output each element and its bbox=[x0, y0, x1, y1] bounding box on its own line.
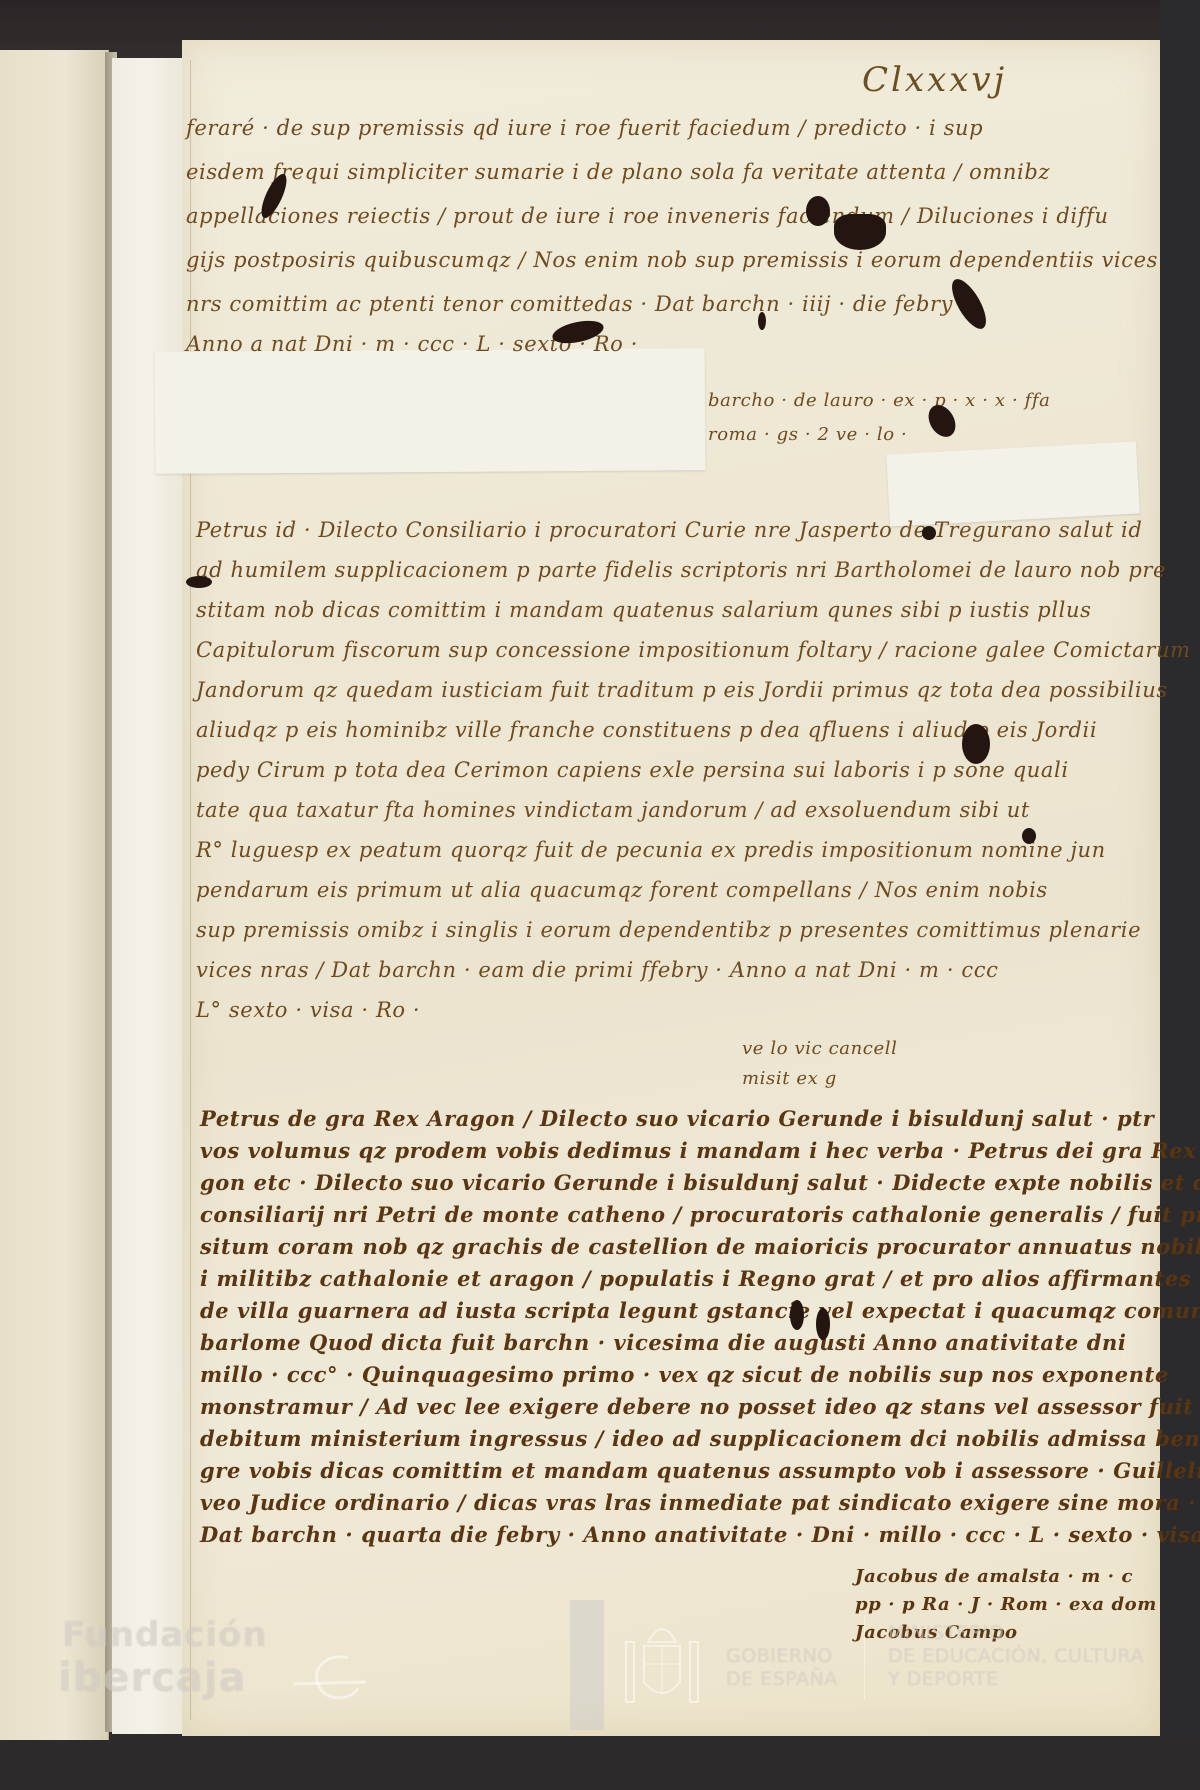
watermark-ministerio-educacion: DE EDUCACIÓN, CULTURA bbox=[888, 1645, 1144, 1667]
watermark-ibercaja: ibercaja bbox=[58, 1655, 247, 1701]
text-line: ad humilem supplicacionem p parte fideli… bbox=[196, 560, 1166, 581]
text-line: nrs comittim ac ptenti tenor comittedas … bbox=[186, 294, 953, 315]
previous-leaf-edge bbox=[0, 50, 109, 1740]
scan-backing-bottom bbox=[0, 1735, 1200, 1790]
text-line: pendarum eis primum ut alia quacumqz for… bbox=[196, 880, 1048, 901]
text-line: gon etc · Dilecto suo vicario Gerunde i … bbox=[200, 1172, 1200, 1193]
ink-blot bbox=[1022, 828, 1036, 844]
chancery-note: misit ex g bbox=[742, 1070, 837, 1088]
text-line: Capitulorum fiscorum sup concessione imp… bbox=[196, 640, 1191, 661]
text-line: vos volumus qz prodem vobis dedimus i ma… bbox=[200, 1140, 1200, 1161]
ink-blot bbox=[186, 576, 212, 588]
watermark-ministerio: MINISTERIO bbox=[888, 1622, 1004, 1644]
paper-repair-patch bbox=[886, 442, 1139, 527]
ink-blot bbox=[816, 1308, 830, 1340]
watermark-fundacion: Fundación bbox=[62, 1615, 268, 1655]
folio-number: Clxxxvj bbox=[862, 60, 1007, 100]
text-line: veo Judice ordinario / dicas vras lras i… bbox=[200, 1492, 1196, 1513]
text-line: tate qua taxatur fta homines vindictam j… bbox=[196, 800, 1030, 821]
text-line: Jandorum qz quedam iusticiam fuit tradit… bbox=[196, 680, 1168, 701]
text-line: millo · ccc° · Quinquagesimo primo · vex… bbox=[200, 1364, 1169, 1385]
paper-repair-patch bbox=[155, 348, 706, 474]
spain-flag-bar-icon bbox=[570, 1600, 604, 1730]
text-line: situm coram nob qz grachis de castellion… bbox=[200, 1236, 1200, 1257]
watermark-gobierno: GOBIERNO bbox=[726, 1645, 833, 1667]
ibercaja-logo-icon bbox=[290, 1650, 370, 1710]
ink-blot bbox=[806, 196, 830, 226]
signature-line: Jacobus de amalsta · m · c bbox=[855, 1568, 1133, 1586]
text-line: pedy Cirum p tota dea Cerimon capiens ex… bbox=[196, 760, 1069, 781]
spain-coat-of-arms-icon bbox=[622, 1612, 702, 1707]
ink-blot bbox=[758, 312, 766, 330]
text-line: eisdem frequi simpliciter sumarie i de p… bbox=[186, 162, 1050, 183]
text-line: Petrus de gra Rex Aragon / Dilecto suo v… bbox=[200, 1108, 1154, 1129]
text-line: R° luguesp ex peatum quorqz fuit de pecu… bbox=[196, 840, 1106, 861]
text-line: sup premissis omibz i singlis i eorum de… bbox=[196, 920, 1141, 941]
text-line: Dat barchn · quarta die febry · Anno ana… bbox=[200, 1524, 1200, 1545]
text-line: gre vobis dicas comittim et mandam quate… bbox=[200, 1460, 1200, 1481]
ink-blot bbox=[834, 214, 886, 250]
text-line: barcho · de lauro · ex · p · x · x · ffa bbox=[708, 392, 1050, 410]
text-line: barlome Quod dicta fuit barchn · vicesim… bbox=[200, 1332, 1127, 1353]
text-line: monstramur / Ad vec lee exigere debere n… bbox=[200, 1396, 1194, 1417]
ink-blot bbox=[790, 1300, 804, 1330]
text-line: L° sexto · visa · Ro · bbox=[196, 1000, 420, 1021]
ink-blot bbox=[962, 724, 990, 764]
text-line: roma · gs · 2 ve · lo · bbox=[708, 426, 907, 444]
chancery-note: ve lo vic cancell bbox=[742, 1040, 897, 1058]
text-line: vices nras / Dat barchn · eam die primi … bbox=[196, 960, 998, 981]
text-line: gijs postposiris quibuscumqz / Nos enim … bbox=[186, 250, 1158, 271]
watermark-de-espana: DE ESPAÑA bbox=[726, 1668, 838, 1690]
text-line: de villa guarnera ad iusta scripta legun… bbox=[200, 1300, 1200, 1321]
text-line: debitum ministerium ingressus / ideo ad … bbox=[200, 1428, 1200, 1449]
watermark-ministerio-deporte: Y DEPORTE bbox=[888, 1668, 999, 1690]
text-line: Petrus id · Dilecto Consiliario i procur… bbox=[196, 520, 1142, 541]
text-line: i militibz cathalonie et aragon / popula… bbox=[200, 1268, 1191, 1289]
signature-line: pp · p Ra · J · Rom · exa dom bbox=[855, 1596, 1157, 1614]
text-line: consiliarij nri Petri de monte catheno /… bbox=[200, 1204, 1200, 1225]
text-line: stitam nob dicas comittim i mandam quate… bbox=[196, 600, 1091, 621]
binding-guard-strip bbox=[112, 58, 184, 1734]
ink-blot bbox=[922, 526, 936, 540]
watermark-divider bbox=[864, 1615, 865, 1700]
text-line: feraré · de sup premissis qd iure i roe … bbox=[186, 118, 983, 139]
text-line: appellaciones reiectis / prout de iure i… bbox=[186, 206, 1109, 227]
